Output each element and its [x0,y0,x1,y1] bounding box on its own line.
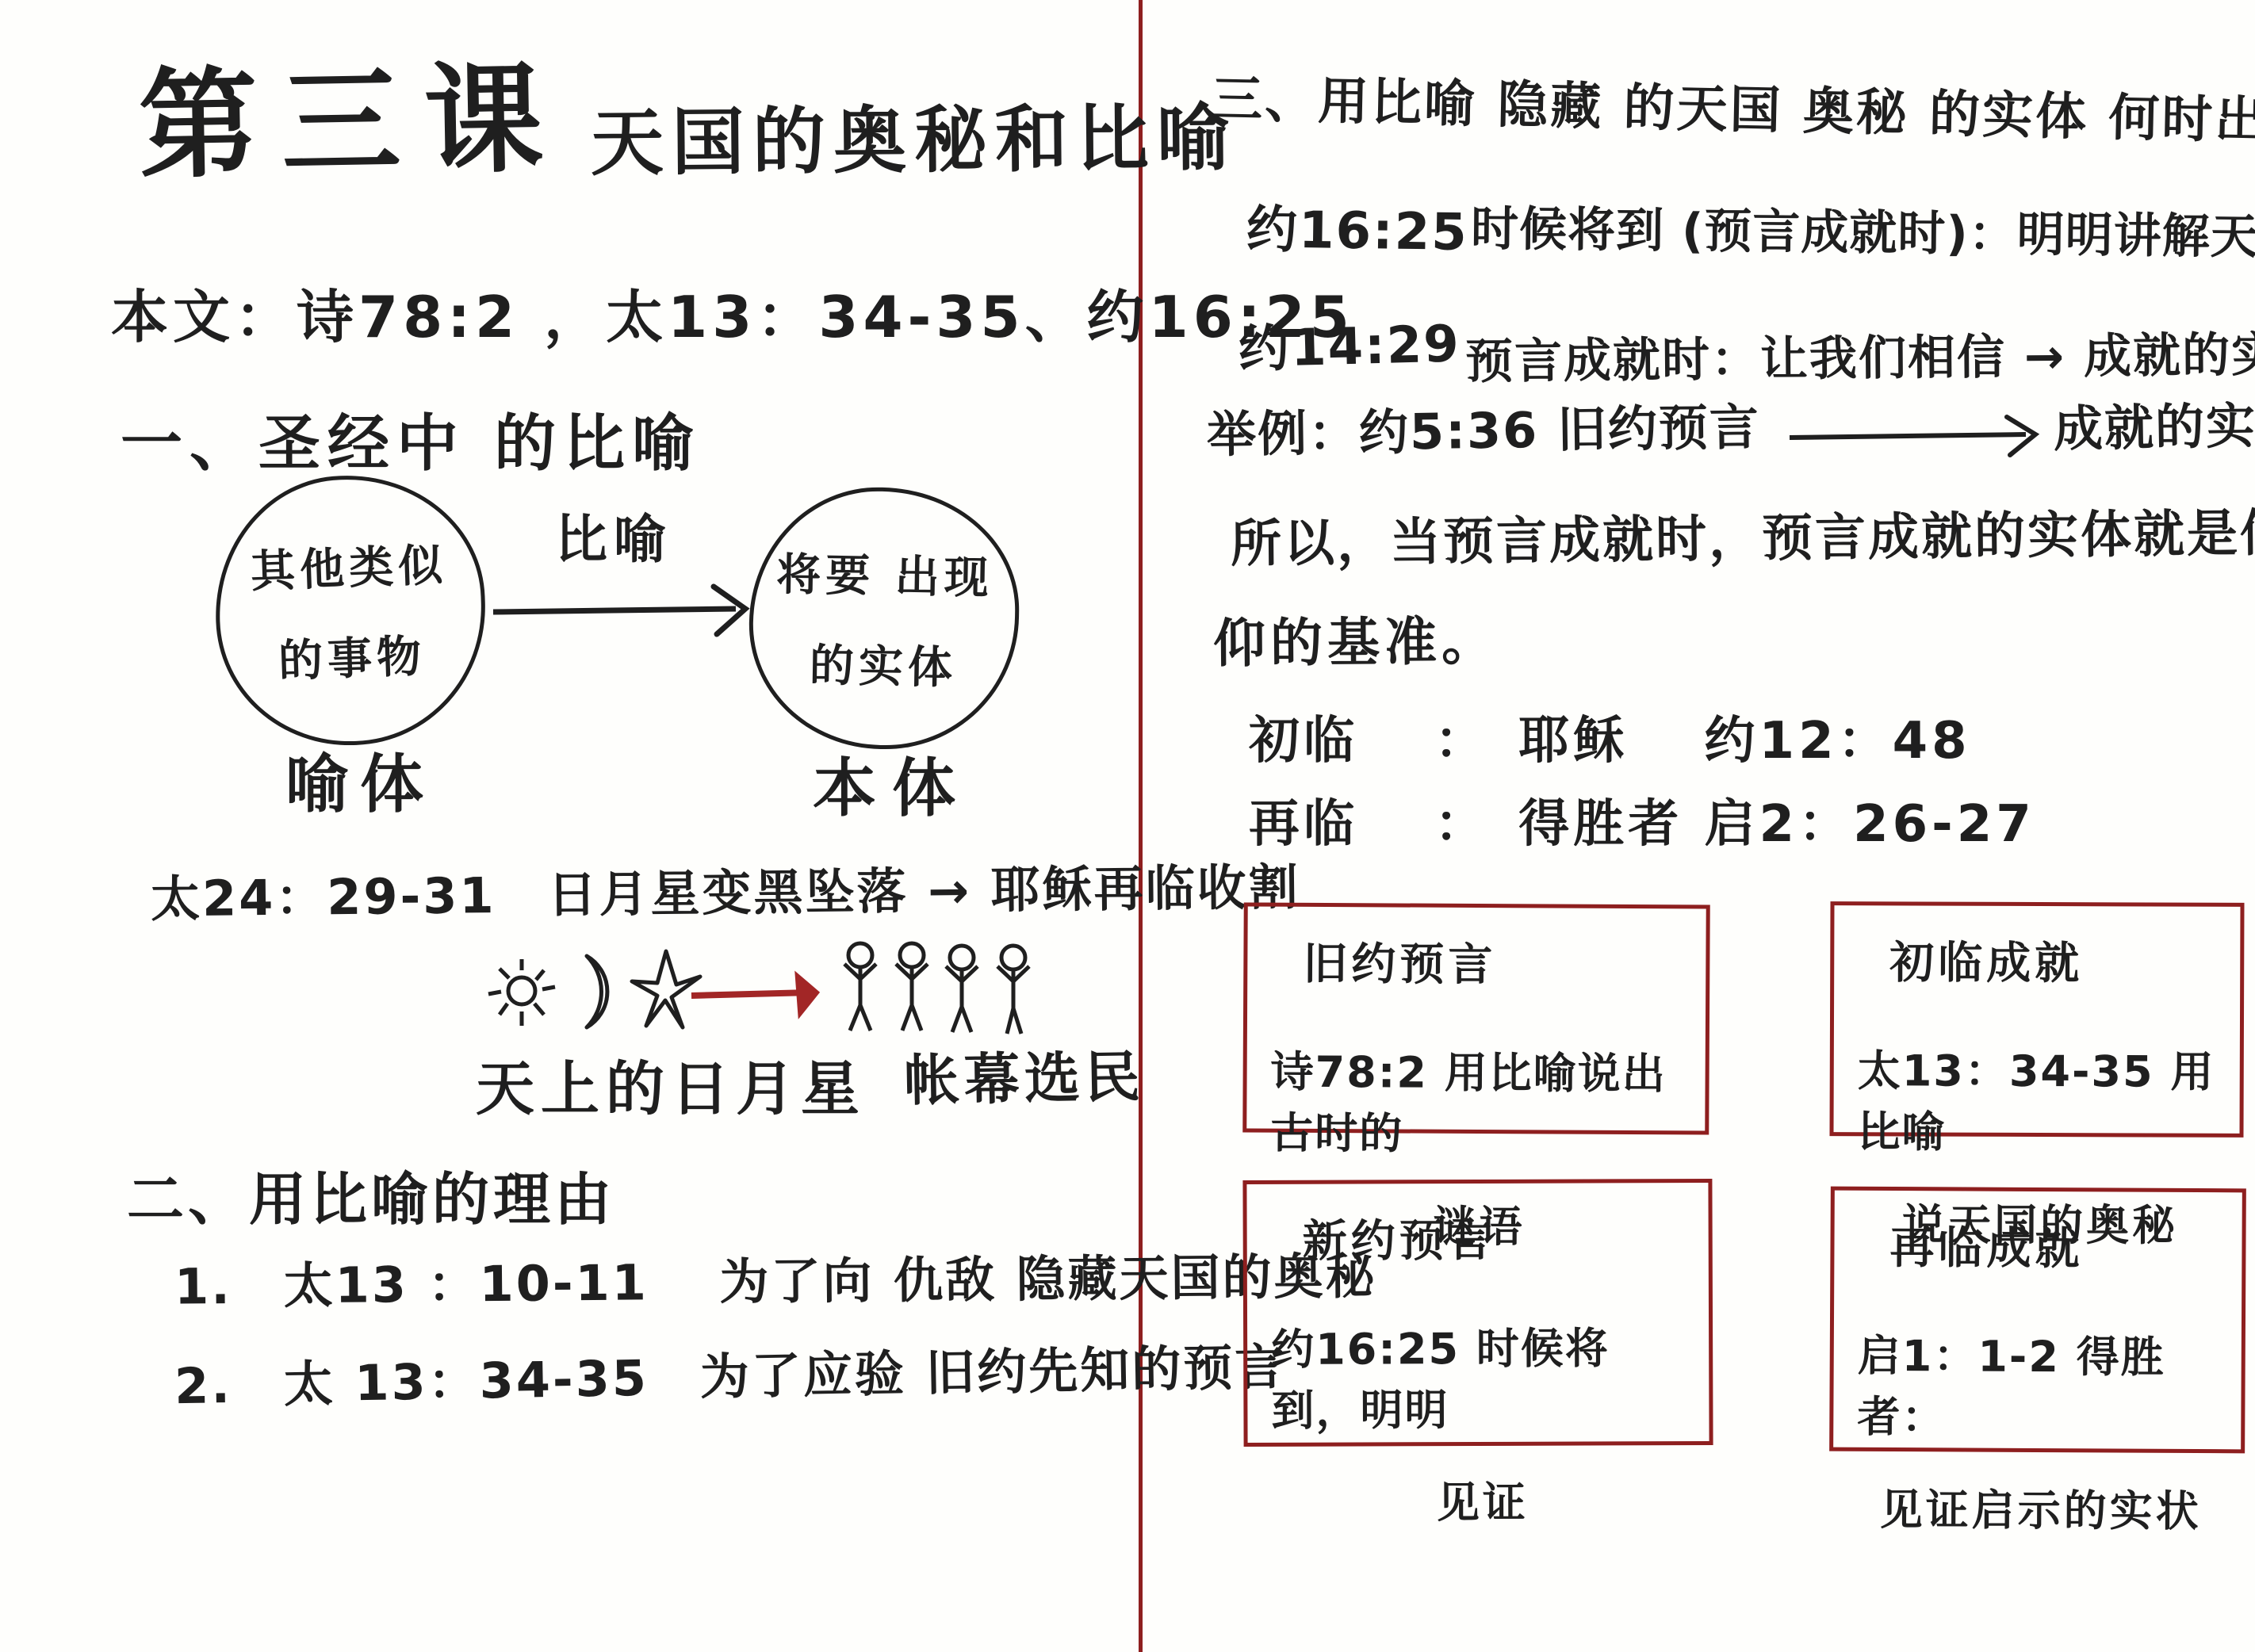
scripture-references-line: 本文：诗78:2 ，太13：34-35、约16:25 [111,281,1354,353]
box-new-testament-prophecy: 新约预言 约16:25 时候将到，明明 见证 [1242,1179,1713,1447]
section2-item1: 1. 太13 ：10-11 为了向 仇敌 隐藏天国的奥秘 [174,1245,1377,1317]
john1429-text: 预言成就时：让我们相信 → 成就的实体 [1465,325,2255,392]
notebook-page: 第三课 天国的奥秘和比喻 本文：诗78:2 ，太13：34-35、约16:25 … [0,0,2255,1652]
sun-icon [482,950,561,1037]
first-coming-line: 初临 ： 耶稣 约12：48 [1249,709,1971,773]
long-arrow-icon [1788,412,2050,460]
simile-circle-line1: 其他类似 [250,530,449,601]
red-arrow-icon [690,967,833,1023]
box-first-coming-fulfillment: 初临成就 太13：34-35 用比喻 说天国的奥秘 [1829,901,2244,1138]
right-arrow-icon [490,579,760,642]
simile-circle: 其他类似 的事物 [211,471,490,750]
lesson-number-title: 第三课 [137,45,568,201]
page-divider-line [1139,0,1143,1652]
box3-title: 新约预言 [1303,1206,1496,1270]
sky-lights-caption: 天上的日月星 [476,1053,866,1126]
simile-circle-line2: 的事物 [278,621,427,690]
box-second-coming-fulfillment: 再临成就 启1：1-2 得胜者： 见证启示的实状 [1829,1187,2246,1454]
vehicle-label: 喻体 [285,745,435,824]
section1-heading: 一、圣经中 的比喻 [121,406,701,484]
box2-title: 初临成就 [1889,927,2083,992]
example-line-prefix: 举例：约5:36 旧约预言 [1206,396,1760,465]
tenor-label: 本体 [813,749,971,828]
conclusion-line1: 所以，当预言成就时，预言成就的实体就是信 [1231,502,2255,576]
section2-item2: 2. 太 13：34-35 为了应验 旧约先知的预言 [174,1337,1287,1417]
matthew24-line: 太24：29-31 日月星变黑坠落 → 耶稣再临收割 [151,856,1300,930]
entity-circle-line2: 的实体 [809,630,957,696]
box3-line1: 约16:25 时候将到，明明 [1271,1314,1694,1438]
lesson-title: 天国的奥秘和比喻 [591,92,1239,189]
crescent-moon-icon [577,951,633,1034]
entity-circle-line1: 将要 出现 [776,540,994,607]
tabernacle-elect-caption: 帐幕选民 [903,1042,1145,1116]
john1625-text: 时候将到 (预言成就时)：明明讲解天国奥秘 [1471,200,2255,269]
box4-line1: 启1：1-2 得胜者： [1857,1322,2226,1446]
box1-line1: 诗78:2 用比喻说出古时的 [1270,1038,1690,1163]
conclusion-line2: 仰的基准。 [1213,609,1499,677]
john1625-ref: 约16:25 [1246,198,1468,265]
box-old-testament-prophecy: 旧约预言 诗78:2 用比喻说出古时的 谜语 [1242,902,1710,1134]
example-line-result: 成就的实体 [2053,394,2255,460]
section3-heading: 三、用比喻 隐藏 的天国 奥秘 的实体 何时出现 [1211,67,2255,154]
second-coming-line: 再临 ： 得胜者 启2：26-27 [1249,793,2035,856]
box3-line2: 见证 [1437,1469,1529,1530]
stick-figure-icons [833,935,1055,1046]
john1429-ref: 约14:29 [1238,312,1461,381]
box1-title: 旧约预言 [1303,929,1496,993]
box2-line1: 太13：34-35 用比喻 [1857,1037,2224,1161]
diagram-arrow-label: 比喻 [555,507,672,573]
section2-heading: 二、用比喻的理由 [127,1164,615,1235]
box4-line2: 见证启示的实状 [1880,1476,2202,1539]
entity-circle: 将要 出现 的实体 [747,485,1021,751]
box4-title: 再临成就 [1889,1213,2083,1277]
